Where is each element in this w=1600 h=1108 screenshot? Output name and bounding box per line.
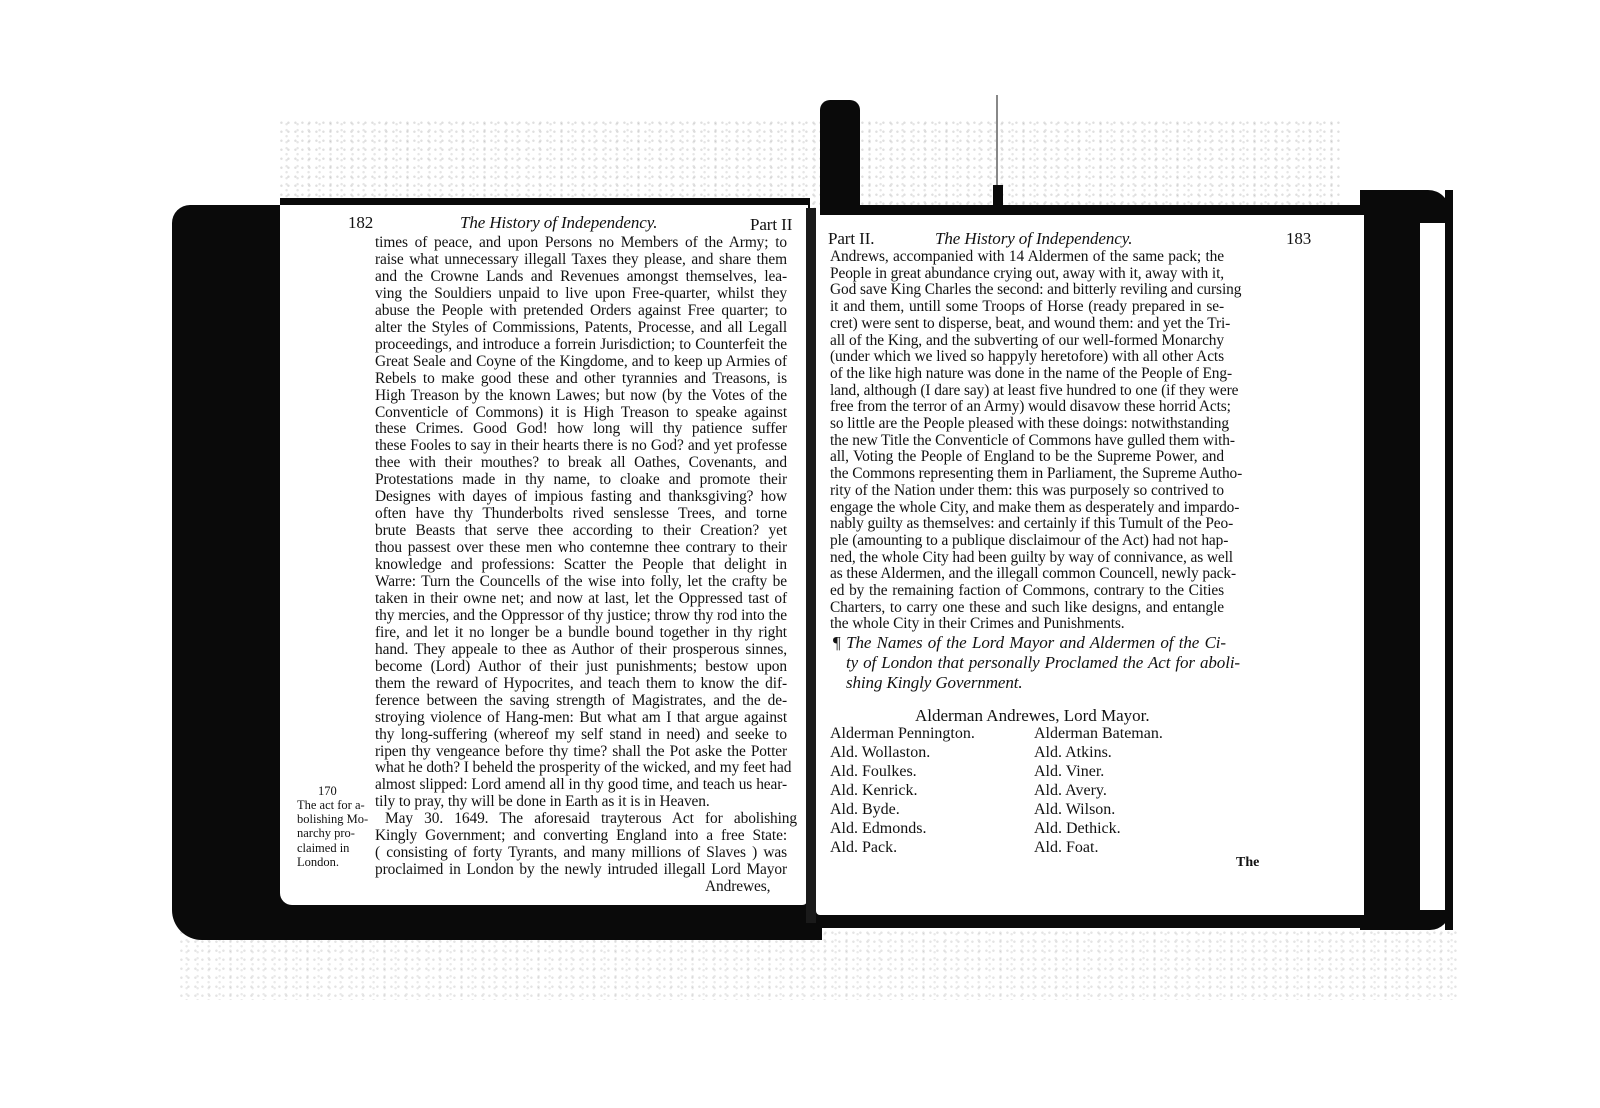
text-line: ference between the saving strength of M… [375, 692, 787, 709]
margin-note-line: London. [297, 855, 339, 869]
alderman-name: Ald. Wilson. [1034, 801, 1115, 819]
text-line: God save King Charles the second: and bi… [830, 281, 1224, 298]
text-line: knowledge and professions: Scatter the P… [375, 556, 787, 573]
book-cover-bottom [172, 900, 822, 940]
text-line: stroying violence of Hang-men: But what … [375, 709, 787, 726]
margin-note-line: narchy pro- [297, 826, 355, 840]
lord-mayor-line: Alderman Andrewes, Lord Mayor. [915, 706, 1150, 726]
text-line: alter the Styles of Commissions, Patents… [375, 319, 787, 336]
left-part-label: Part II [750, 216, 792, 233]
scan-noise-top [280, 120, 1340, 210]
text-line: (under which we lived so happyly heretof… [830, 348, 1224, 365]
text-line: Great Seale and Coyne of the Kingdome, a… [375, 353, 787, 370]
text-line: rity of the Nation under them: this was … [830, 482, 1224, 499]
text-line: of the like high nature was done in the … [830, 365, 1224, 382]
text-line: fire, and let it no longer be a bundle b… [375, 624, 787, 641]
alderman-name: Ald. Foulkes. [830, 763, 917, 781]
text-line: what he doth? I beheld the prosperity of… [375, 759, 787, 776]
right-part-label: Part II. [828, 230, 874, 247]
text-line: it and them, untill some Troops of Horse… [830, 298, 1224, 315]
text-line: them the reward of Hypocrites, and teach… [375, 675, 787, 692]
section-heading-line: ¶ The Names of the Lord Mayor and Alderm… [832, 634, 1226, 651]
text-line: ple (amounting to a publique disclaimour… [830, 532, 1224, 549]
alderman-name: Ald. Atkins. [1034, 744, 1112, 762]
text-line: May 30. 1649. The aforesaid trayterous A… [385, 810, 797, 827]
book-cover-right-edge [1445, 190, 1453, 930]
left-running-title: The History of Independency. [460, 214, 657, 231]
text-line: become (Lord) Author of their just punis… [375, 658, 787, 675]
alderman-name: Ald. Edmonds. [830, 820, 926, 838]
text-line: almost slipped: Lord amend all in thy go… [375, 776, 787, 793]
text-line: thou passest over these men who contemne… [375, 539, 787, 556]
text-line: these Fooles to say in their hearts ther… [375, 437, 787, 454]
text-line: nably guilty as themselves: and certainl… [830, 515, 1224, 532]
text-line: ving the Souldiers unpaid to live upon F… [375, 285, 787, 302]
text-line: so little are the People pleased with th… [830, 415, 1224, 432]
text-line: Conventicle of Commons) it is High Treas… [375, 404, 787, 421]
text-line: raise what unnecessary illegall Taxes th… [375, 251, 787, 268]
spine-clip-left [820, 100, 860, 210]
text-line: Protestations made in thy name, to cloak… [375, 471, 787, 488]
book-gutter [806, 208, 816, 923]
text-line: and the Crowne Lands and Revenues amongs… [375, 268, 787, 285]
alderman-name: Ald. Avery. [1034, 782, 1107, 800]
text-line: tily to pray, thy will be done in Earth … [375, 793, 787, 810]
text-line: Kingly Government; and converting Englan… [375, 827, 787, 844]
text-line: Designes with dayes of impious fasting a… [375, 488, 787, 505]
text-line: engage the whole City, and make them as … [830, 499, 1224, 516]
spine-clip-right [993, 185, 1003, 210]
text-line: as these Aldermen, and the illegall comm… [830, 565, 1224, 582]
alderman-name: Alderman Bateman. [1034, 725, 1163, 743]
text-line: Warre: Turn the Councells of the wise in… [375, 573, 787, 590]
text-line: times of peace, and upon Persons no Memb… [375, 234, 787, 251]
text-line: People in great abundance crying out, aw… [830, 265, 1224, 282]
scan-noise-bottom [180, 930, 1460, 1000]
right-page-number: 183 [1286, 230, 1311, 247]
alderman-name: Ald. Byde. [830, 801, 900, 819]
margin-note-number: 170 [318, 784, 337, 798]
alderman-name: Alderman Pennington. [830, 725, 975, 743]
text-line: the whole City in their Crimes and Punis… [830, 615, 1224, 632]
margin-note-line: The act for a- [297, 798, 365, 812]
text-line: proceedings, and introduce a forrein Jur… [375, 336, 787, 353]
margin-note-line: bolishing Mo- [297, 812, 368, 826]
alderman-name: Ald. Kenrick. [830, 782, 918, 800]
text-line: thee with their mouthes? to break all Oa… [375, 454, 787, 471]
text-line: hand. They appeale to thee as Author of … [375, 641, 787, 658]
text-line: brute Beasts that serve thee according t… [375, 522, 787, 539]
spine-thin-line [996, 95, 998, 185]
text-line: the Commons representing them in Parliam… [830, 465, 1224, 482]
book-cover-left [172, 205, 297, 935]
text-line: High Treason by the known Lawes; but now… [375, 387, 787, 404]
section-heading-line: ty of London that personally Proclamed t… [846, 654, 1240, 671]
text-line: all, Voting the People of England to be … [830, 448, 1224, 465]
right-running-title: The History of Independency. [935, 230, 1132, 247]
text-line: abuse the People with pretended Orders a… [375, 302, 787, 319]
text-line: taken in their owne net; and now at last… [375, 590, 787, 607]
alderman-name: Ald. Dethick. [1034, 820, 1121, 838]
text-line: often have thy Thunderbolts rived sensle… [375, 505, 787, 522]
text-line: ed by the remaining faction of Commons, … [830, 582, 1224, 599]
text-line: free from the terror of an Army) would d… [830, 398, 1224, 415]
alderman-name: Ald. Pack. [830, 839, 897, 857]
margin-note-line: claimed in [297, 841, 349, 855]
text-line: land, although (I dare say) at least fiv… [830, 382, 1224, 399]
alderman-name: Ald. Wollaston. [830, 744, 930, 762]
alderman-name: Ald. Viner. [1034, 763, 1104, 781]
text-line: ripen thy vengeance before thy time? sha… [375, 743, 787, 760]
text-line: Charters, to carry one these and such li… [830, 599, 1224, 616]
text-line: all of the King, and the subverting of o… [830, 332, 1224, 349]
text-line: the new Title the Conventicle of Commons… [830, 432, 1224, 449]
text-line: Rebels to make good these and other tyra… [375, 370, 787, 387]
text-line: thy mercies, and the Oppressor of thy ju… [375, 607, 787, 624]
text-line: thy long-suffering (whereof my self stan… [375, 726, 787, 743]
book-cover-right-inner [1420, 223, 1448, 913]
catchword: The [1236, 855, 1259, 871]
left-page-number: 182 [348, 214, 373, 231]
alderman-name: Ald. Foat. [1034, 839, 1098, 857]
text-line: these Crimes. Good God! how long will th… [375, 420, 787, 437]
text-line: Andrews, accompanied with 14 Aldermen of… [830, 248, 1224, 265]
text-line: proclaimed in London by the newly intrud… [375, 861, 787, 878]
text-line: ( consisting of forty Tyrants, and many … [375, 844, 787, 861]
text-line: ned, the whole City had been guilty by w… [830, 549, 1224, 566]
section-heading-line: shing Kingly Government. [846, 674, 1240, 691]
text-line: cret) were sent to disperse, beat, and w… [830, 315, 1224, 332]
